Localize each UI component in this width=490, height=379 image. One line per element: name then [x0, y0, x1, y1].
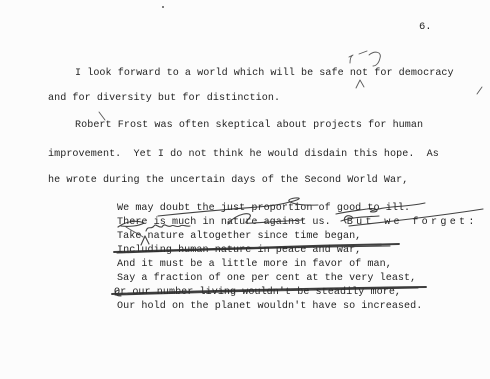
- quote-line-segment: There is much in nature against us.: [117, 217, 331, 228]
- quote-line: Say a fraction of one per cent at the ve…: [117, 273, 416, 285]
- stray-dot: [162, 6, 164, 8]
- quote-line-segment: But we forget:: [347, 217, 478, 228]
- body-line: I look forward to a world which will be …: [75, 68, 454, 80]
- stray-pencil-mark: [477, 87, 482, 94]
- quote-line: Take nature altogether since time began,: [117, 231, 361, 243]
- body-line: he wrote during the uncertain days of th…: [48, 175, 408, 187]
- body-line: Robert Frost was often skeptical about p…: [75, 120, 423, 132]
- quote-line: There is much in nature against us.But w…: [117, 217, 478, 229]
- pencil-dash-mark: [359, 51, 367, 54]
- handwritten-ink-overlay: [0, 0, 490, 379]
- stray-pencil-mark: [99, 112, 105, 120]
- caret-mark: [356, 80, 364, 88]
- quote-line: Including human nature in peace and war,: [117, 245, 361, 257]
- typescript-page: 6. I look forward to a world which will …: [0, 0, 490, 379]
- quote-line: We may doubt the just proportion of good…: [117, 203, 410, 215]
- body-line: improvement. Yet I do not think he would…: [48, 149, 439, 161]
- quote-line: And it must be a little more in favor of…: [117, 259, 392, 271]
- pencil-tick-mark: [349, 55, 353, 63]
- body-line: and for diversity but for distinction.: [48, 93, 280, 105]
- pencil-hook-mark: [369, 52, 380, 66]
- page-number: 6.: [419, 21, 432, 33]
- quote-line: Or our number living wouldn't be steadil…: [114, 287, 401, 299]
- quote-line: Our hold on the planet wouldn't have so …: [117, 301, 422, 313]
